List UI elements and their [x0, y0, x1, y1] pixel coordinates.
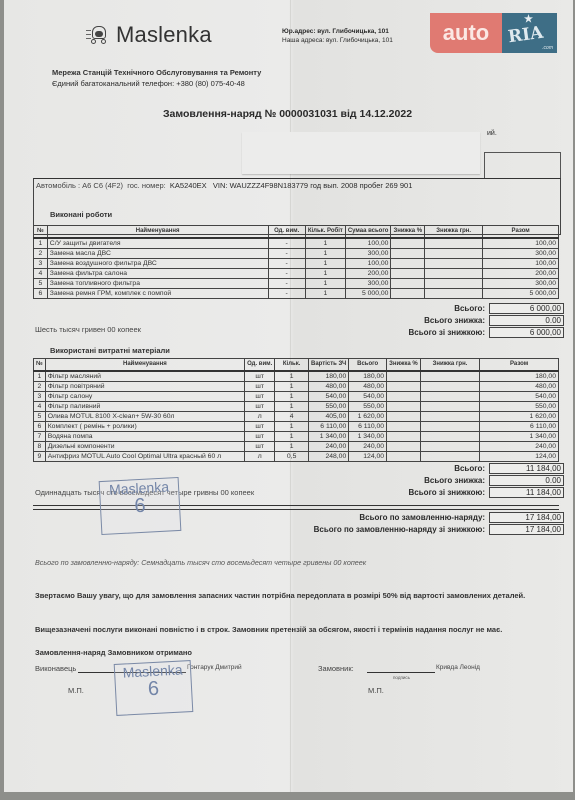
services-note: Вищезазначені послуги виконані повністю …: [35, 624, 557, 635]
row-number: 9: [34, 452, 46, 462]
quantity: 1: [305, 238, 345, 249]
maslenka-logo: Maslenka: [86, 22, 212, 48]
customer-label: Замовник:: [318, 664, 354, 673]
watermark-ria: ★ RIA .com: [502, 13, 557, 53]
row-total: 6 110,00: [480, 422, 559, 432]
discount-uah: [425, 279, 483, 289]
quantity: 1: [275, 371, 309, 382]
quantity: 1: [305, 269, 345, 279]
unit: -: [268, 259, 305, 269]
discount-uah: [420, 442, 479, 452]
works-total-with-discount: Всього зі знижкою:6 000,00: [285, 327, 564, 338]
prepayment-note: Звертаємо Вашу увагу, що для замовлення …: [35, 590, 557, 601]
quantity: 1: [275, 382, 309, 392]
quantity: 1: [305, 279, 345, 289]
discount-uah: [425, 249, 483, 259]
row-total: 300,00: [483, 279, 559, 289]
table-row: 4Замена фильтра салона-1200,00200,00: [34, 269, 559, 279]
table-row: 4Фільтр паливнийшт1550,00550,00550,00: [34, 402, 559, 412]
quantity: 1: [275, 432, 309, 442]
quantity: 1: [305, 249, 345, 259]
discount-uah: [420, 432, 479, 442]
column-header: Знижка %: [387, 359, 421, 372]
column-header: Од. вим.: [268, 226, 305, 239]
materials-total: Всього:11 184,00: [285, 463, 564, 474]
material-name: Фільтр масляний: [45, 371, 244, 382]
row-total: 550,00: [480, 402, 559, 412]
discount-percent: [387, 452, 421, 462]
table-row: 5Замена топливного фильтра-1300,00300,00: [34, 279, 559, 289]
grand-total: Всього по замовленню-наряду:17 184,00: [185, 512, 564, 523]
column-header: Кільк. Робіт: [305, 226, 345, 239]
unit: шт: [245, 402, 275, 412]
table-row: 2Фільтр повітрянийшт1480,00480,00480,00: [34, 382, 559, 392]
sum: 300,00: [345, 249, 391, 259]
quantity: 1: [275, 392, 309, 402]
document-title: Замовлення-наряд № 0000031031 від 14.12.…: [0, 108, 575, 120]
row-number: 8: [34, 442, 46, 452]
sum: 540,00: [349, 392, 387, 402]
discount-percent: [387, 392, 421, 402]
executor-seal-label: М.П.: [68, 686, 84, 695]
signature-caption: подпись: [393, 675, 410, 680]
unit-price: 240,00: [309, 442, 349, 452]
discount-percent: [387, 432, 421, 442]
discount-percent: [387, 382, 421, 392]
discount-percent: [387, 371, 421, 382]
row-number: 3: [34, 392, 46, 402]
sum: 1 340,00: [349, 432, 387, 442]
sum: 300,00: [345, 279, 391, 289]
column-header: Знижка %: [391, 226, 425, 239]
column-header: Знижка грн.: [425, 226, 483, 239]
unit-price: 180,00: [309, 371, 349, 382]
materials-total-with-discount: Всього зі знижкою:11 184,00: [285, 487, 564, 498]
unit-price: 248,00: [309, 452, 349, 462]
car-info-line: Автомобіль : A6 C6 (4F2) гос. номер: KA5…: [36, 181, 412, 190]
company-info: Мережа Станцій Технічного Обслуговування…: [52, 67, 261, 89]
unit: -: [268, 249, 305, 259]
materials-section-title: Використані витратні матеріали: [50, 346, 170, 355]
discount-uah: [425, 259, 483, 269]
discount-percent: [391, 249, 425, 259]
discount-uah: [420, 371, 479, 382]
car-mileage: 269 901: [385, 181, 412, 190]
legal-address: Юр.адрес: вул. Глибочицька, 101: [282, 27, 393, 36]
works-section-title: Виконані роботи: [50, 210, 112, 219]
car-plate: KA5240EX: [170, 181, 207, 190]
unit: шт: [245, 392, 275, 402]
sum: 240,00: [349, 442, 387, 452]
discount-uah: [425, 238, 483, 249]
executor-label: Виконавець: [35, 664, 76, 673]
quantity: 4: [275, 412, 309, 422]
row-number: 7: [34, 432, 46, 442]
discount-percent: [391, 289, 425, 299]
sum: 100,00: [345, 259, 391, 269]
received-note: Замовлення-наряд Замовником отримано: [35, 647, 557, 658]
work-name: Замена масла ДВС: [47, 249, 268, 259]
company-description: Мережа Станцій Технічного Обслуговування…: [52, 67, 261, 78]
table-row: 1Фільтр маслянийшт1180,00180,00180,00: [34, 371, 559, 382]
discount-percent: [387, 402, 421, 412]
table-row: 3Фільтр салонушт1540,00540,00540,00: [34, 392, 559, 402]
grand-total-in-words: Всього по замовленню-наряду: Семнадцать …: [35, 558, 366, 567]
row-number: 6: [34, 422, 46, 432]
sum: 1 620,00: [349, 412, 387, 422]
unit-price: 405,00: [309, 412, 349, 422]
material-name: Водяна помпа: [45, 432, 244, 442]
unit: -: [268, 238, 305, 249]
discount-percent: [391, 279, 425, 289]
material-name: Антифриз MOTUL Auto Cool Optimal Ultra к…: [45, 452, 244, 462]
row-total: 100,00: [483, 238, 559, 249]
work-name: Замена фильтра салона: [47, 269, 268, 279]
column-header: Кільк.: [275, 359, 309, 372]
discount-uah: [425, 269, 483, 279]
unit-price: 550,00: [309, 402, 349, 412]
column-header: Разом: [480, 359, 559, 372]
sum: 100,00: [345, 238, 391, 249]
autoria-watermark: auto ★ RIA .com: [430, 13, 557, 53]
row-total: 100,00: [483, 259, 559, 269]
row-number: 4: [34, 269, 48, 279]
row-number: 6: [34, 289, 48, 299]
discount-percent: [391, 238, 425, 249]
discount-percent: [391, 259, 425, 269]
unit: -: [268, 279, 305, 289]
row-number: 2: [34, 382, 46, 392]
unit-price: 6 110,00: [309, 422, 349, 432]
discount-uah: [425, 289, 483, 299]
column-header: Разом: [483, 226, 559, 239]
discount-uah: [420, 382, 479, 392]
company-stamp: Maslenka 6: [99, 477, 182, 535]
customer-signature-line: [367, 671, 435, 673]
discount-uah: [420, 402, 479, 412]
unit: шт: [245, 432, 275, 442]
materials-table: №НайменуванняОд. вим.Кільк.Вартість ЗЧВс…: [33, 358, 559, 462]
material-name: Фільтр паливний: [45, 402, 244, 412]
material-name: Фільтр повітряний: [45, 382, 244, 392]
column-header: Найменування: [47, 226, 268, 239]
unit: л: [245, 412, 275, 422]
unit: -: [268, 289, 305, 299]
discount-uah: [420, 392, 479, 402]
material-name: Фільтр салону: [45, 392, 244, 402]
car-year: 2008: [341, 181, 358, 190]
unit: л: [245, 452, 275, 462]
oil-can-icon: [86, 24, 110, 46]
discount-percent: [387, 422, 421, 432]
customer-seal-label: М.П.: [368, 686, 384, 695]
quantity: 1: [305, 259, 345, 269]
table-row: 2Замена масла ДВС-1300,00300,00: [34, 249, 559, 259]
unit: шт: [245, 371, 275, 382]
column-header: Знижка грн.: [420, 359, 479, 372]
column-header: №: [34, 359, 46, 372]
sum: 180,00: [349, 371, 387, 382]
quantity: 0,5: [275, 452, 309, 462]
sum: 550,00: [349, 402, 387, 412]
works-total: Всього:6 000,00: [285, 303, 564, 314]
redaction-patch: [242, 132, 480, 174]
grand-total-with-discount: Всього по замовленню-наряду зі знижкою:1…: [185, 524, 564, 535]
material-name: Комплект ( ремінь + ролики): [45, 422, 244, 432]
car-vin: WAUZZZ4F98N183779: [230, 181, 309, 190]
address-block: Юр.адрес: вул. Глибочицька, 101 Наша адр…: [282, 27, 393, 45]
our-address: Наша адреса: вул. Глибочицька, 101: [282, 36, 393, 45]
row-number: 4: [34, 402, 46, 412]
works-total-in-words: Шесть тысяч гривен 00 копеек: [35, 325, 141, 334]
row-number: 1: [34, 238, 48, 249]
discount-uah: [420, 412, 479, 422]
works-discount: Всього знижка:0.00: [285, 315, 564, 326]
executor-name: Гонтарук Дмитрий: [187, 664, 242, 671]
quantity: 1: [275, 422, 309, 432]
material-name: Олива MOTUL 8100 X-clean+ 5W-30 60л: [45, 412, 244, 422]
company-stamp-signature: Maslenka 6: [114, 660, 194, 716]
row-total: 5 000,00: [483, 289, 559, 299]
discount-percent: [387, 412, 421, 422]
column-header: Всього: [349, 359, 387, 372]
table-row: 8Дизельні компонентишт1240,00240,00240,0…: [34, 442, 559, 452]
table-row: 6Комплект ( ремінь + ролики)шт16 110,006…: [34, 422, 559, 432]
column-header: №: [34, 226, 48, 239]
quantity: 1: [275, 402, 309, 412]
row-total: 1 620,00: [480, 412, 559, 422]
unit: шт: [245, 442, 275, 452]
discount-percent: [391, 269, 425, 279]
row-number: 1: [34, 371, 46, 382]
sum: 6 110,00: [349, 422, 387, 432]
sum: 5 000,00: [345, 289, 391, 299]
row-total: 1 340,00: [480, 432, 559, 442]
unit: шт: [245, 382, 275, 392]
table-row: 3Замена воздушного фильтра ДВС-1100,0010…: [34, 259, 559, 269]
materials-discount: Всього знижка:0.00: [285, 475, 564, 486]
table-row: 6Замена ремня ГРМ, комплек с помпой-15 0…: [34, 289, 559, 299]
row-number: 5: [34, 279, 48, 289]
row-number: 5: [34, 412, 46, 422]
unit-price: 540,00: [309, 392, 349, 402]
table-row: 7Водяна помпашт11 340,001 340,001 340,00: [34, 432, 559, 442]
table-row: 9Антифриз MOTUL Auto Cool Optimal Ultra …: [34, 452, 559, 462]
quantity: 1: [305, 289, 345, 299]
row-total: 300,00: [483, 249, 559, 259]
unit-price: 480,00: [309, 382, 349, 392]
row-total: 480,00: [480, 382, 559, 392]
work-name: Замена топливного фильтра: [47, 279, 268, 289]
row-total: 240,00: [480, 442, 559, 452]
work-name: Замена ремня ГРМ, комплек с помпой: [47, 289, 268, 299]
row-total: 200,00: [483, 269, 559, 279]
row-total: 180,00: [480, 371, 559, 382]
sum: 124,00: [349, 452, 387, 462]
work-name: С/У защиты двигателя: [47, 238, 268, 249]
quantity: 1: [275, 442, 309, 452]
info-box: [484, 152, 561, 179]
column-header: Найменування: [45, 359, 244, 372]
sum: 480,00: [349, 382, 387, 392]
customer-name: Кривда Леонід: [436, 664, 480, 671]
discount-uah: [420, 422, 479, 432]
brand-name: Maslenka: [116, 22, 212, 48]
work-name: Замена воздушного фильтра ДВС: [47, 259, 268, 269]
works-table: №НайменуванняОд. вим.Кільк. РобітСумаа в…: [33, 225, 559, 299]
unit: шт: [245, 422, 275, 432]
table-row: 5Олива MOTUL 8100 X-clean+ 5W-30 60лл440…: [34, 412, 559, 422]
discount-uah: [420, 452, 479, 462]
column-header: Сумаа всього: [345, 226, 391, 239]
row-number: 3: [34, 259, 48, 269]
unit-price: 1 340,00: [309, 432, 349, 442]
watermark-auto: auto: [430, 13, 502, 53]
company-phone: Єдиний багатоканальний телефон: +380 (80…: [52, 78, 261, 89]
discount-percent: [387, 442, 421, 452]
material-name: Дизельні компоненти: [45, 442, 244, 452]
row-total: 124,00: [480, 452, 559, 462]
partial-text: ий.: [487, 130, 497, 137]
row-total: 540,00: [480, 392, 559, 402]
table-row: 1С/У защиты двигателя-1100,00100,00: [34, 238, 559, 249]
sum: 200,00: [345, 269, 391, 279]
column-header: Од. вим.: [245, 359, 275, 372]
column-header: Вартість ЗЧ: [309, 359, 349, 372]
row-number: 2: [34, 249, 48, 259]
unit: -: [268, 269, 305, 279]
